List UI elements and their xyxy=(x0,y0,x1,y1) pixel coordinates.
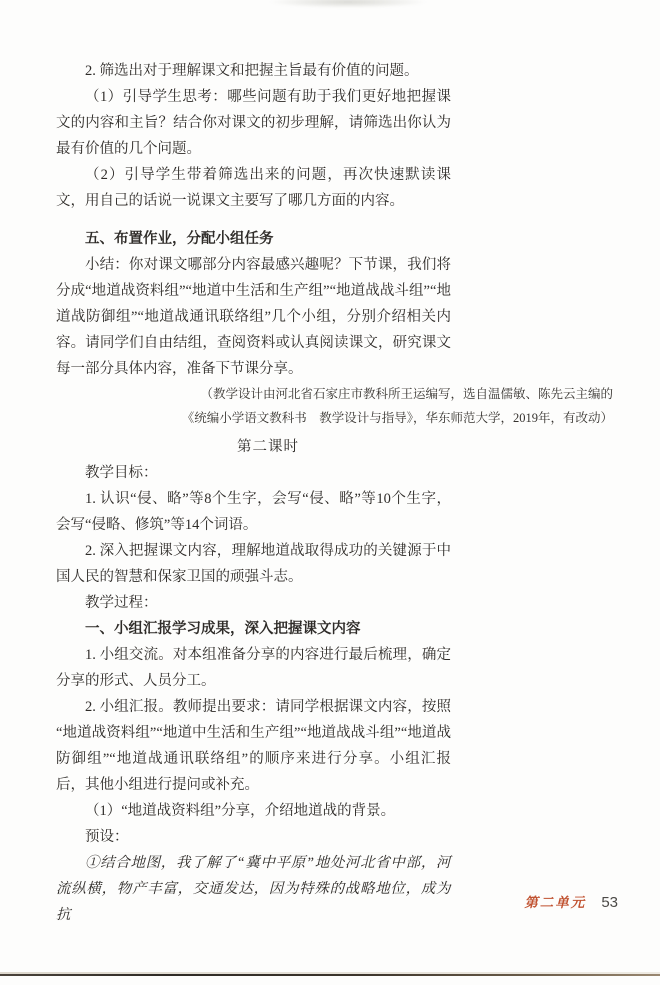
paragraph-goal-2: 2. 深入把握课文内容，理解地道战取得成功的关键源于中国人民的智慧和保家卫国的顽… xyxy=(56,538,451,590)
paragraph-filter-questions: 2. 筛选出对于理解课文和把握主旨最有价值的问题。 xyxy=(56,58,451,84)
section-heading-homework: 五、布置作业，分配小组任务 xyxy=(56,226,451,252)
book-page: 2. 筛选出对于理解课文和把握主旨最有价值的问题。 （1）引导学生思考：哪些问题… xyxy=(0,0,660,985)
paragraph-group-report-order: 2. 小组汇报。教师提出要求：请同学根据课文内容，按照“地道战资料组”“地道中生… xyxy=(56,694,451,798)
paragraph-data-group-share: （1）“地道战资料组”分享，介绍地道战的背景。 xyxy=(56,798,451,824)
paragraph-teaching-process-label: 教学过程： xyxy=(56,590,451,616)
citation-line-1: （教学设计由河北省石家庄市教科所王运编写，选自温儒敏、陈先云主编的 xyxy=(56,382,613,406)
paragraph-summary-groups: 小结：你对课文哪部分内容最感兴趣呢？下节课，我们将分成“地道战资料组”“地道中生… xyxy=(56,252,451,382)
page-number: 53 xyxy=(601,894,618,911)
paragraph-guide-think: （1）引导学生思考：哪些问题有助于我们更好地把握课文的内容和主旨？结合你对课文的… xyxy=(56,84,451,162)
paragraph-preset-answer-1: ①结合地图，我了解了“冀中平原”地处河北省中部，河流纵横，物产丰富，交通发达，因… xyxy=(56,850,451,928)
lesson-title-second-period: 第二课时 xyxy=(56,434,451,460)
paragraph-preset-label: 预设： xyxy=(56,824,451,850)
scan-smudge-artifact xyxy=(268,0,428,8)
unit-label: 第二单元 xyxy=(524,891,586,911)
page-bottom-edge xyxy=(0,974,660,976)
paragraph-group-discussion: 1. 小组交流。对本组准备分享的内容进行最后梳理，确定分享的形式、人员分工。 xyxy=(56,642,451,694)
paragraph-teaching-goals-label: 教学目标： xyxy=(56,460,451,486)
page-content: 2. 筛选出对于理解课文和把握主旨最有价值的问题。 （1）引导学生思考：哪些问题… xyxy=(56,58,451,928)
paragraph-goal-1: 1. 认识“侵、略”等8个生字，会写“侵、略”等10个生字，会写“侵略、修筑”等… xyxy=(56,486,451,538)
paragraph-guide-reread: （2）引导学生带着筛选出来的问题，再次快速默读课文，用自己的话说一说课文主要写了… xyxy=(56,162,451,214)
section-heading-group-report: 一、小组汇报学习成果，深入把握课文内容 xyxy=(56,616,451,642)
page-footer: 第二单元 53 xyxy=(524,891,618,911)
citation-line-2: 《统编小学语文教科书 教学设计与指导》，华东师范大学，2019年，有改动） xyxy=(56,406,613,430)
